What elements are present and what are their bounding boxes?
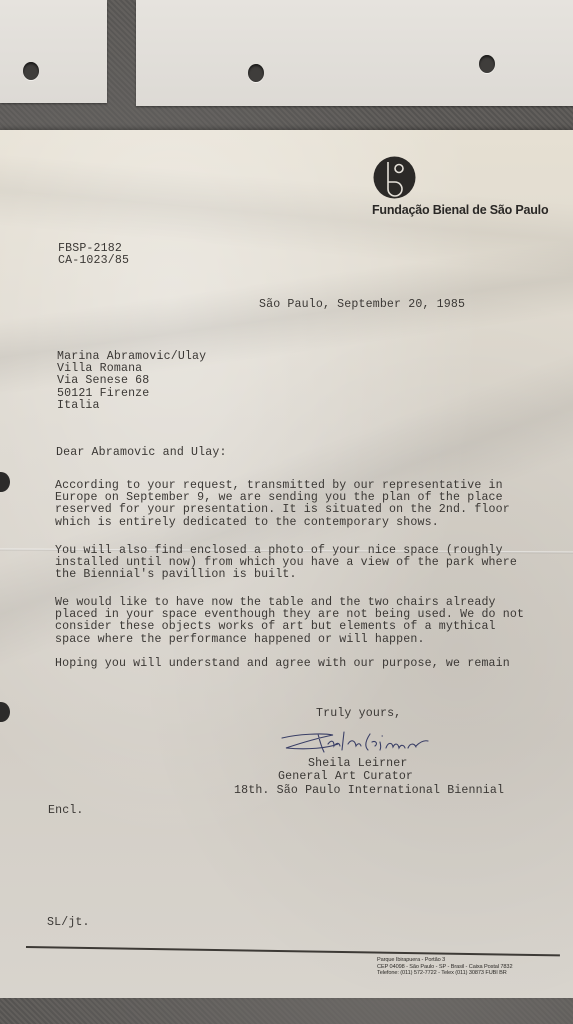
address-line: 50121 Firenze bbox=[57, 388, 206, 400]
body-paragraph: Hoping you will understand and agree wit… bbox=[55, 658, 510, 670]
signatory-title: General Art Curator bbox=[278, 771, 413, 783]
body-paragraph: We would like to have now the table and … bbox=[55, 597, 524, 646]
closing: Truly yours, bbox=[316, 708, 401, 720]
punch-hole bbox=[23, 62, 39, 80]
punch-hole bbox=[479, 55, 495, 73]
recipient-address: Marina Abramovic/UlayVilla RomanaVia Sen… bbox=[57, 351, 206, 412]
paragraph-line: space where the performance happened or … bbox=[55, 634, 524, 646]
bienal-logo-icon bbox=[373, 156, 416, 199]
enclosure-note: Encl. bbox=[48, 805, 84, 817]
reference-line: CA-1023/85 bbox=[58, 255, 129, 267]
organization-name: Fundação Bienal de São Paulo bbox=[372, 203, 548, 217]
handwritten-signature bbox=[278, 728, 438, 758]
blank-sheet-right bbox=[136, 0, 573, 106]
reference-block: FBSP-2182CA-1023/85 bbox=[58, 243, 129, 267]
typist-initials: SL/jt. bbox=[47, 917, 90, 929]
signatory-name: Sheila Leirner bbox=[308, 758, 408, 770]
punch-hole bbox=[0, 472, 10, 492]
paragraph-line: the Biennial's pavillion is built. bbox=[55, 569, 517, 581]
blank-sheet-left bbox=[0, 0, 107, 103]
paragraph-line: Hoping you will understand and agree wit… bbox=[55, 658, 510, 670]
punch-hole bbox=[0, 702, 10, 722]
paragraph-line: consider these objects works of art but … bbox=[55, 621, 524, 633]
footer-divider bbox=[26, 946, 560, 956]
paragraph-line: reserved for your presentation. It is si… bbox=[55, 504, 510, 516]
salutation: Dear Abramovic and Ulay: bbox=[56, 447, 227, 459]
paragraph-line: which is entirely dedicated to the conte… bbox=[55, 517, 510, 529]
punch-hole bbox=[248, 64, 264, 82]
footer-address: Parque Ibirapuera - Portão 3CEP 04098 - … bbox=[377, 957, 512, 977]
address-country: Italia bbox=[57, 400, 206, 412]
body-paragraph: You will also find enclosed a photo of y… bbox=[55, 545, 517, 582]
footer-line: CEP 04098 - São Paulo - SP - Brasil - Ca… bbox=[377, 964, 512, 971]
letter-date: São Paulo, September 20, 1985 bbox=[259, 299, 465, 311]
footer-line: Parque Ibirapuera - Portão 3 bbox=[377, 957, 512, 964]
signatory-event: 18th. São Paulo International Biennial bbox=[234, 785, 504, 797]
address-line: Via Senese 68 bbox=[57, 375, 206, 387]
body-paragraph: According to your request, transmitted b… bbox=[55, 480, 510, 529]
footer-line: Telefone: (011) 572-7722 - Telex (011) 3… bbox=[377, 970, 512, 977]
letter-page: Fundação Bienal de São Paulo FBSP-2182CA… bbox=[0, 130, 573, 998]
